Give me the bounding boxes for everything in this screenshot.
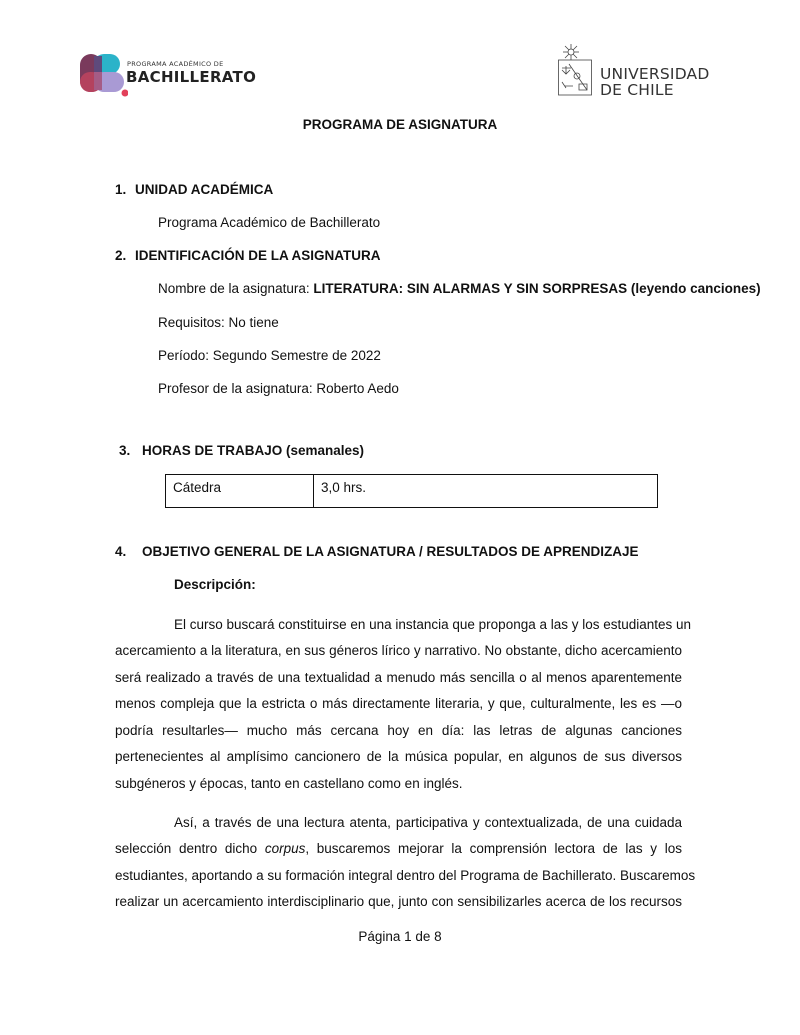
paragraph-2-line: Así, a través de una lectura atenta, par…	[174, 816, 682, 830]
text-span: selección dentro dicho	[115, 841, 265, 856]
section-4-number: 4.	[115, 545, 126, 559]
descripcion-subheading: Descripción:	[174, 578, 256, 592]
bachillerato-logo-icon	[80, 52, 128, 98]
unidad-academica-value: Programa Académico de Bachillerato	[158, 216, 380, 230]
university-name: UNIVERSIDAD DE CHILE	[600, 66, 710, 98]
section-3-heading: HORAS DE TRABAJO (semanales)	[142, 444, 364, 458]
italic-term: corpus	[265, 841, 306, 856]
university-crest-icon	[557, 42, 597, 97]
document-title: PROGRAMA DE ASIGNATURA	[0, 117, 800, 132]
paragraph-1-line: El curso buscará constituirse en una ins…	[174, 618, 682, 632]
section-2-heading: IDENTIFICACIÓN DE LA ASIGNATURA	[135, 249, 381, 263]
horas-table: Cátedra 3,0 hrs.	[165, 474, 658, 508]
section-3-heading-main: HORAS DE TRABAJO	[142, 443, 282, 458]
horas-table-value: 3,0 hrs.	[314, 475, 657, 507]
paragraph-1-line: será realizado a través de una textualid…	[115, 671, 682, 685]
nombre-asignatura: Nombre de la asignatura: LITERATURA: SIN…	[158, 282, 761, 296]
page-number: Página 1 de 8	[0, 929, 800, 944]
logo-title: BACHILLERATO	[126, 68, 256, 86]
section-3-number: 3.	[119, 444, 130, 458]
paragraph-1-line: podría resultarles— mucho más cercana ho…	[115, 724, 682, 738]
horas-table-label: Cátedra	[166, 475, 314, 507]
paragraph-2-line: estudiantes, aportando a su formación in…	[115, 869, 682, 883]
profesor: Profesor de la asignatura: Roberto Aedo	[158, 382, 399, 396]
text-span: , buscaremos mejorar la comprensión lect…	[305, 841, 682, 856]
nombre-label: Nombre de la asignatura:	[158, 281, 313, 296]
section-2-number: 2.	[115, 249, 126, 263]
logo-subtitle: PROGRAMA ACADÉMICO DE	[127, 60, 224, 68]
paragraph-1-line: pertenecientes al amplísimo cancionero d…	[115, 750, 682, 764]
paragraph-2-line: realizar un acercamiento interdisciplina…	[115, 895, 682, 909]
periodo: Período: Segundo Semestre de 2022	[158, 349, 381, 363]
paragraph-2-line: selección dentro dicho corpus, buscaremo…	[115, 842, 682, 856]
document-page: PROGRAMA ACADÉMICO DE BACHILLERATO UNIVE…	[0, 0, 800, 1035]
section-1-heading: UNIDAD ACADÉMICA	[135, 183, 273, 197]
section-4-heading: OBJETIVO GENERAL DE LA ASIGNATURA / RESU…	[142, 545, 639, 559]
section-3-heading-suffix: (semanales)	[282, 443, 364, 458]
paragraph-1-line: acercamiento a la literatura, en sus gén…	[115, 644, 682, 658]
section-1-number: 1.	[115, 183, 126, 197]
paragraph-1-line: menos compleja que la estricta o más dir…	[115, 697, 682, 711]
nombre-value: LITERATURA: SIN ALARMAS Y SIN SORPRESAS …	[313, 281, 760, 296]
university-name-line2: DE CHILE	[600, 82, 710, 98]
requisitos: Requisitos: No tiene	[158, 316, 279, 330]
paragraph-1-line: subgéneros y épocas, tanto en castellano…	[115, 777, 682, 791]
university-name-line1: UNIVERSIDAD	[600, 66, 710, 82]
